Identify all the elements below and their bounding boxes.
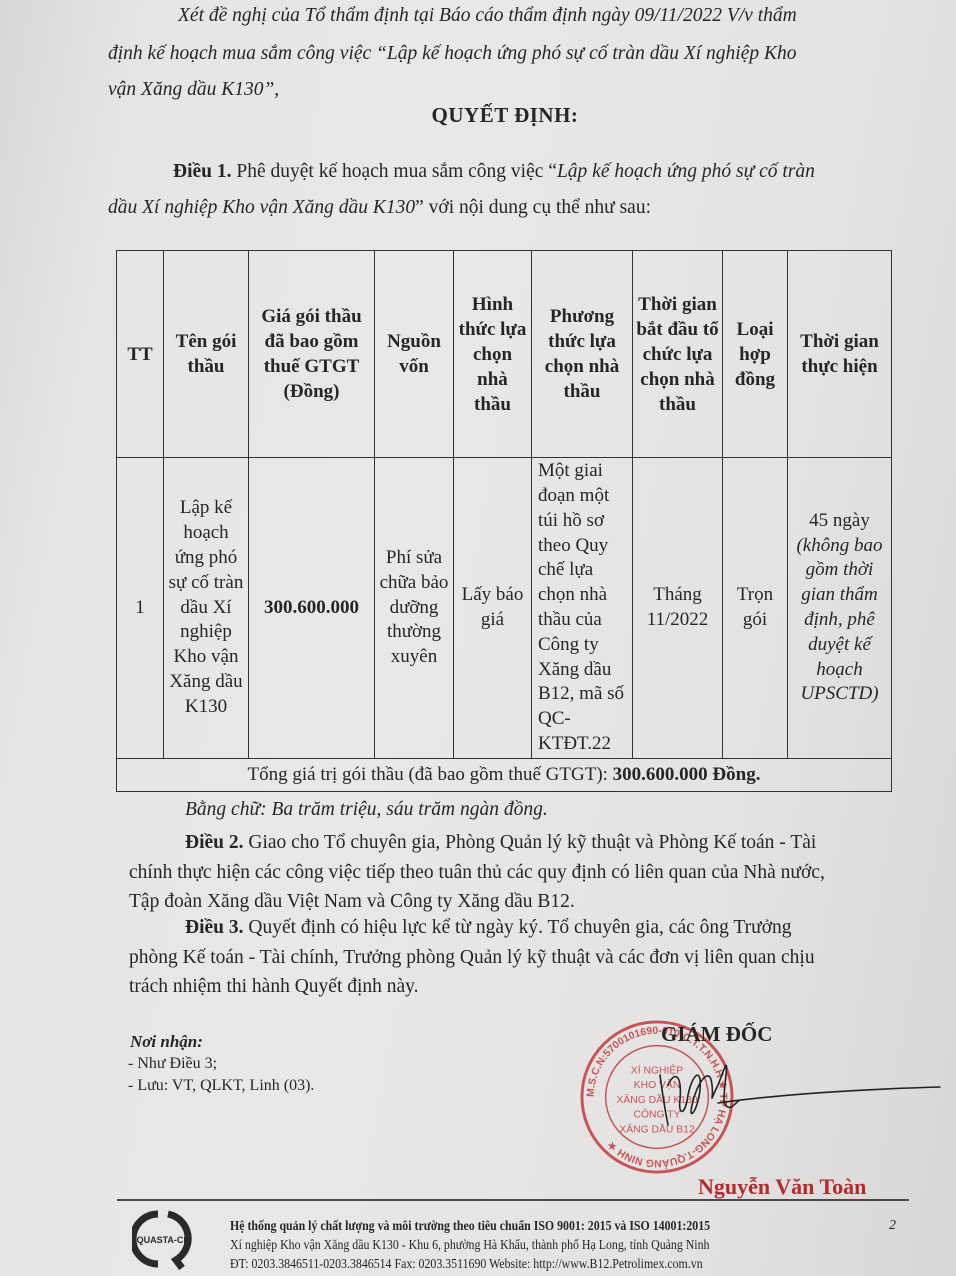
table-header-row: TT Tên gói thầu Giá gói thầu đã bao gồm …: [117, 251, 892, 458]
page-number: 2: [889, 1218, 896, 1234]
article-3-line-2: phòng Kế toán - Tài chính, Trưởng phòng …: [129, 944, 815, 971]
cell-start-time: Tháng 11/2022: [633, 458, 723, 759]
article-3-label: Điều 3.: [185, 917, 244, 938]
header-selection-form: Hình thức lựa chọn nhà thầu: [454, 251, 532, 458]
header-selection-method: Phương thức lựa chọn nhà thầu: [532, 251, 633, 458]
signer-name: Nguyễn Văn Toàn: [698, 1174, 866, 1200]
article-3-line-3: trách nhiệm thi hành Quyết định này.: [129, 973, 419, 1000]
total-value: 300.600.000 Đồng.: [613, 764, 761, 785]
cell-selection-method: Một giai đoạn một túi hồ sơ theo Quy chế…: [532, 458, 633, 759]
article-1-line-1: Điều 1. Phê duyệt kế hoạch mua sắm công …: [173, 158, 815, 185]
recipient-item: - Lưu: VT, QLKT, Linh (03).: [128, 1077, 314, 1095]
quasta-ce-logo: QUASTA-CE: [132, 1208, 194, 1270]
header-package-price: Giá gói thầu đã bao gồm thuế GTGT (Đồng): [249, 251, 375, 458]
footer-divider: [117, 1199, 909, 1201]
recipients-title: Nơi nhận:: [130, 1032, 203, 1052]
cell-package-name: Lập kế hoạch ứng phó sự cố tràn dầu Xí n…: [164, 458, 249, 759]
article-2-line-3: Tập đoàn Xăng dầu Việt Nam và Công ty Xă…: [129, 888, 575, 915]
footer-iso-line: Hệ thống quản lý chất lượng và môi trườn…: [230, 1216, 710, 1235]
handwritten-signature: [640, 1045, 950, 1135]
procurement-plan-table: TT Tên gói thầu Giá gói thầu đã bao gồm …: [116, 250, 892, 792]
header-funding-source: Nguồn vốn: [375, 251, 454, 458]
cell-contract-type: Trọn gói: [723, 458, 788, 759]
recipient-item: - Như Điều 3;: [128, 1055, 217, 1073]
article-1-label: Điều 1.: [173, 161, 232, 182]
svg-text:QUASTA-CE: QUASTA-CE: [137, 1235, 190, 1245]
header-duration: Thời gian thực hiện: [788, 251, 892, 458]
decision-title: QUYẾT ĐỊNH:: [0, 103, 956, 128]
footer-address: Xí nghiệp Kho vận Xăng dầu K130 - Khu 6,…: [230, 1235, 709, 1254]
cell-funding-source: Phí sửa chữa bảo dưỡng thường xuyên: [375, 458, 454, 759]
header-contract-type: Loại hợp đồng: [723, 251, 788, 458]
header-package-name: Tên gói thầu: [164, 251, 249, 458]
header-tt: TT: [117, 251, 164, 458]
article-2-line-1: Điều 2. Giao cho Tổ chuyên gia, Phòng Qu…: [185, 829, 816, 856]
director-title: GIÁM ĐỐC: [661, 1022, 772, 1047]
header-start-time: Thời gian bắt đầu tổ chức lựa chọn nhà t…: [633, 251, 723, 458]
table-total-row: Tổng giá trị gói thầu (đã bao gồm thuế G…: [117, 759, 892, 792]
article-2-label: Điều 2.: [185, 832, 244, 853]
total-label: Tổng giá trị gói thầu (đã bao gồm thuế G…: [248, 764, 613, 785]
article-1-line-2: dầu Xí nghiệp Kho vận Xăng dầu K130” với…: [108, 194, 651, 221]
cell-selection-form: Lấy báo giá: [454, 458, 532, 759]
table-row: 1 Lập kế hoạch ứng phó sự cố tràn dầu Xí…: [117, 458, 892, 759]
duration-note: (không bao gồm thời gian thẩm định, phê …: [796, 535, 882, 705]
intro-line-2: định kế hoạch mua sắm công việc “Lập kế …: [108, 40, 797, 67]
cell-duration: 45 ngày(không bao gồm thời gian thẩm địn…: [788, 458, 892, 759]
intro-line-3: vận Xăng dầu K130”,: [108, 76, 279, 103]
footer-contact: ĐT: 0203.3846511-0203.3846514 Fax: 0203.…: [230, 1254, 703, 1273]
cell-tt: 1: [117, 458, 164, 759]
cell-package-price: 300.600.000: [249, 458, 375, 759]
article-3-line-1: Điều 3. Quyết định có hiệu lực kể từ ngà…: [185, 914, 792, 941]
intro-line-1: Xét đề nghị của Tổ thẩm định tại Báo cáo…: [178, 2, 797, 29]
amount-in-words: Bằng chữ: Ba trăm triệu, sáu trăm ngàn đ…: [185, 796, 548, 823]
article-2-line-2: chính thực hiện các công việc tiếp theo …: [129, 859, 825, 886]
